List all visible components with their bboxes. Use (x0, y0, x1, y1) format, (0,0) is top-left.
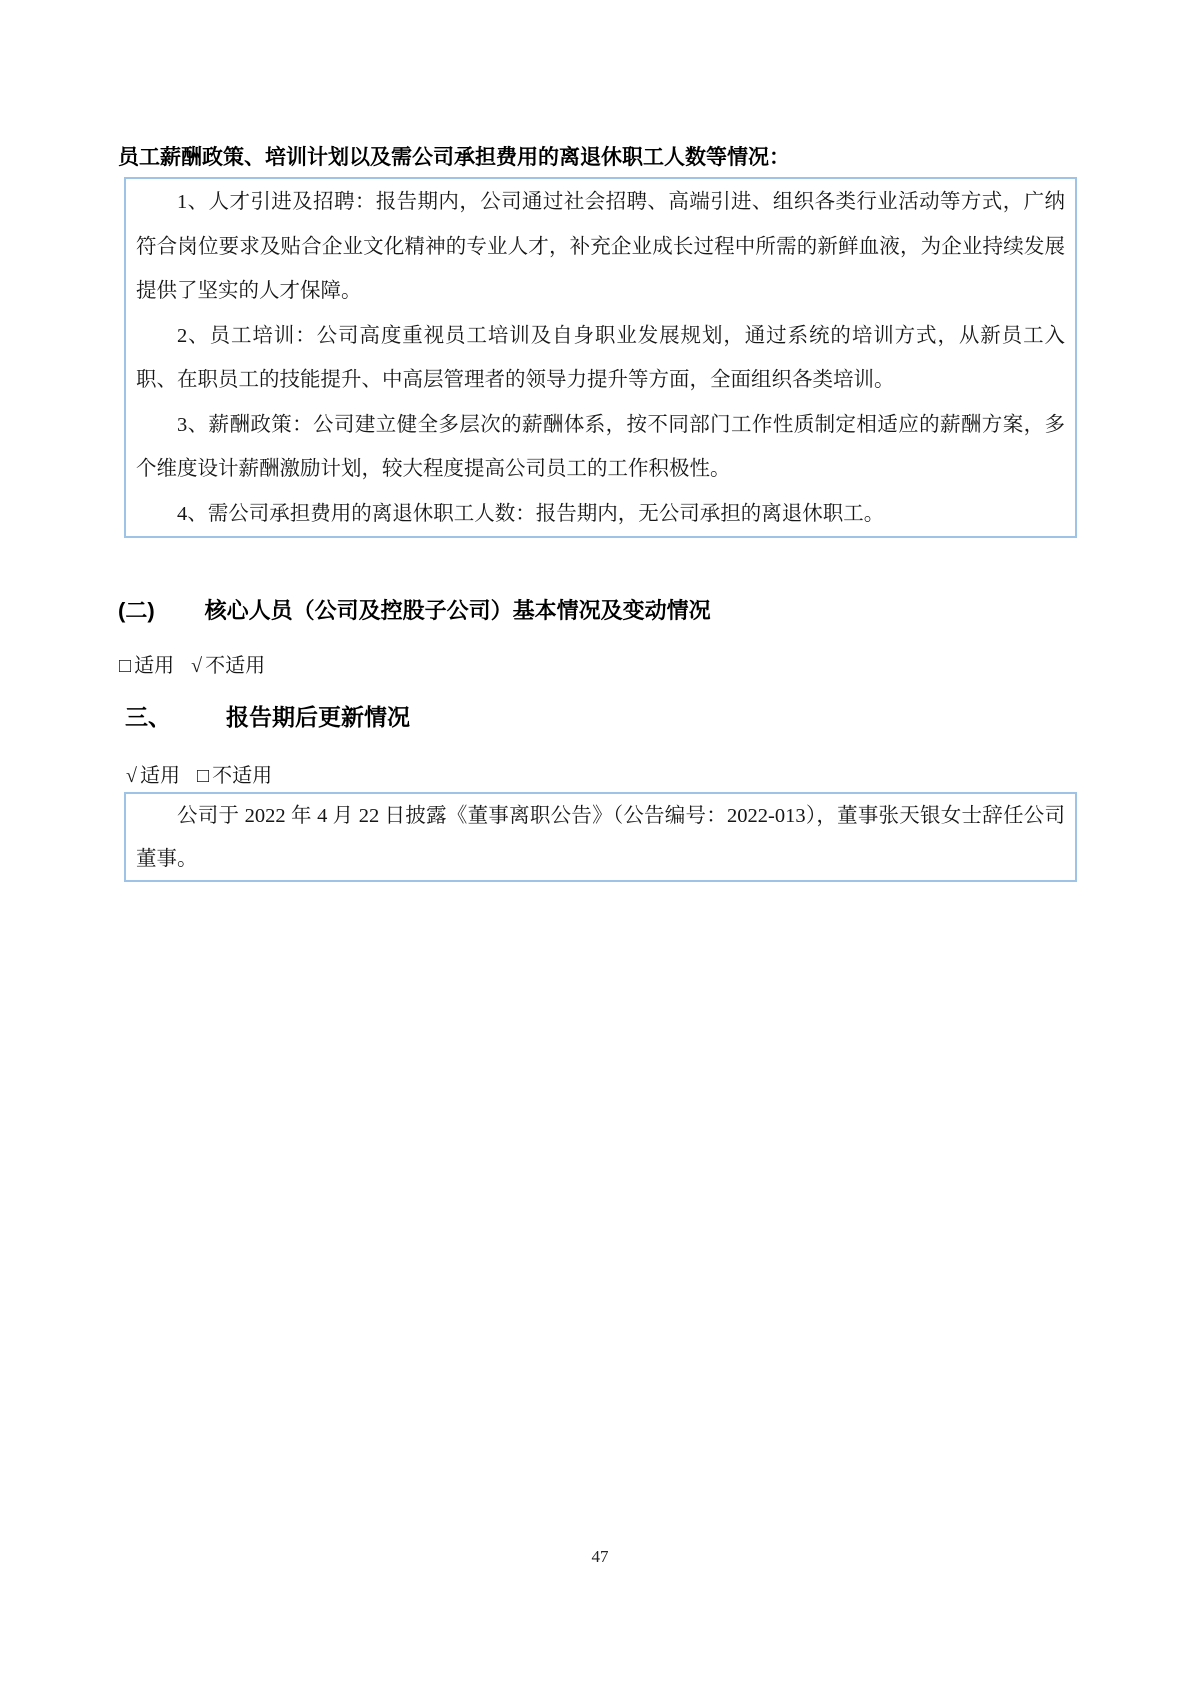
paragraph-compensation-policy: 3、薪酬政策：公司建立健全多层次的薪酬体系，按不同部门工作性质制定相适应的薪酬方… (136, 403, 1065, 492)
paragraph-employee-training: 2、员工培训：公司高度重视员工培训及自身职业发展规划，通过系统的培训方式，从新员… (136, 314, 1065, 403)
paragraph-talent-recruitment: 1、人才引进及招聘：报告期内，公司通过社会招聘、高端引进、组织各类行业活动等方式… (136, 180, 1065, 314)
post-period-applicability: √适用 □不适用 (126, 764, 272, 789)
core-personnel-section-number: (二) (118, 598, 155, 623)
post-period-applicable-option: √适用 (126, 764, 180, 789)
checkmark-icon: √ (126, 764, 137, 789)
paragraph-director-resignation: 公司于 2022 年 4 月 22 日披露《董事离职公告》（公告编号：2022-… (136, 795, 1065, 881)
not-applicable-label: 不适用 (212, 764, 272, 789)
checkbox-unchecked-icon: □ (119, 654, 131, 679)
core-personnel-heading: (二)核心人员（公司及控股子公司）基本情况及变动情况 (118, 598, 711, 623)
core-personnel-not-applicable-option: √不适用 (191, 654, 265, 679)
core-personnel-section-title: 核心人员（公司及控股子公司）基本情况及变动情况 (205, 598, 711, 623)
applicable-label: 适用 (134, 654, 174, 679)
post-period-textbox: 公司于 2022 年 4 月 22 日披露《董事离职公告》（公告编号：2022-… (124, 792, 1077, 882)
post-period-heading: 三、报告期后更新情况 (125, 704, 410, 731)
page-number: 47 (0, 1547, 1200, 1567)
post-period-not-applicable-option: □不适用 (197, 764, 272, 789)
post-period-section-title: 报告期后更新情况 (226, 704, 410, 730)
post-period-section-number: 三、 (125, 704, 171, 730)
applicable-label: 适用 (140, 764, 180, 789)
checkbox-unchecked-icon: □ (197, 764, 209, 789)
paragraph-retired-employees: 4、需公司承担费用的离退休职工人数：报告期内，无公司承担的离退休职工。 (136, 492, 1065, 537)
not-applicable-label: 不适用 (205, 654, 265, 679)
checkmark-icon: √ (191, 654, 202, 679)
core-personnel-applicable-option: □适用 (119, 654, 174, 679)
document-page: 员工薪酬政策、培训计划以及需公司承担费用的离退休职工人数等情况： 1、人才引进及… (0, 0, 1200, 1696)
core-personnel-applicability: □适用 √不适用 (119, 654, 265, 679)
employee-policy-heading: 员工薪酬政策、培训计划以及需公司承担费用的离退休职工人数等情况： (118, 146, 790, 170)
employee-policy-textbox: 1、人才引进及招聘：报告期内，公司通过社会招聘、高端引进、组织各类行业活动等方式… (124, 177, 1077, 538)
